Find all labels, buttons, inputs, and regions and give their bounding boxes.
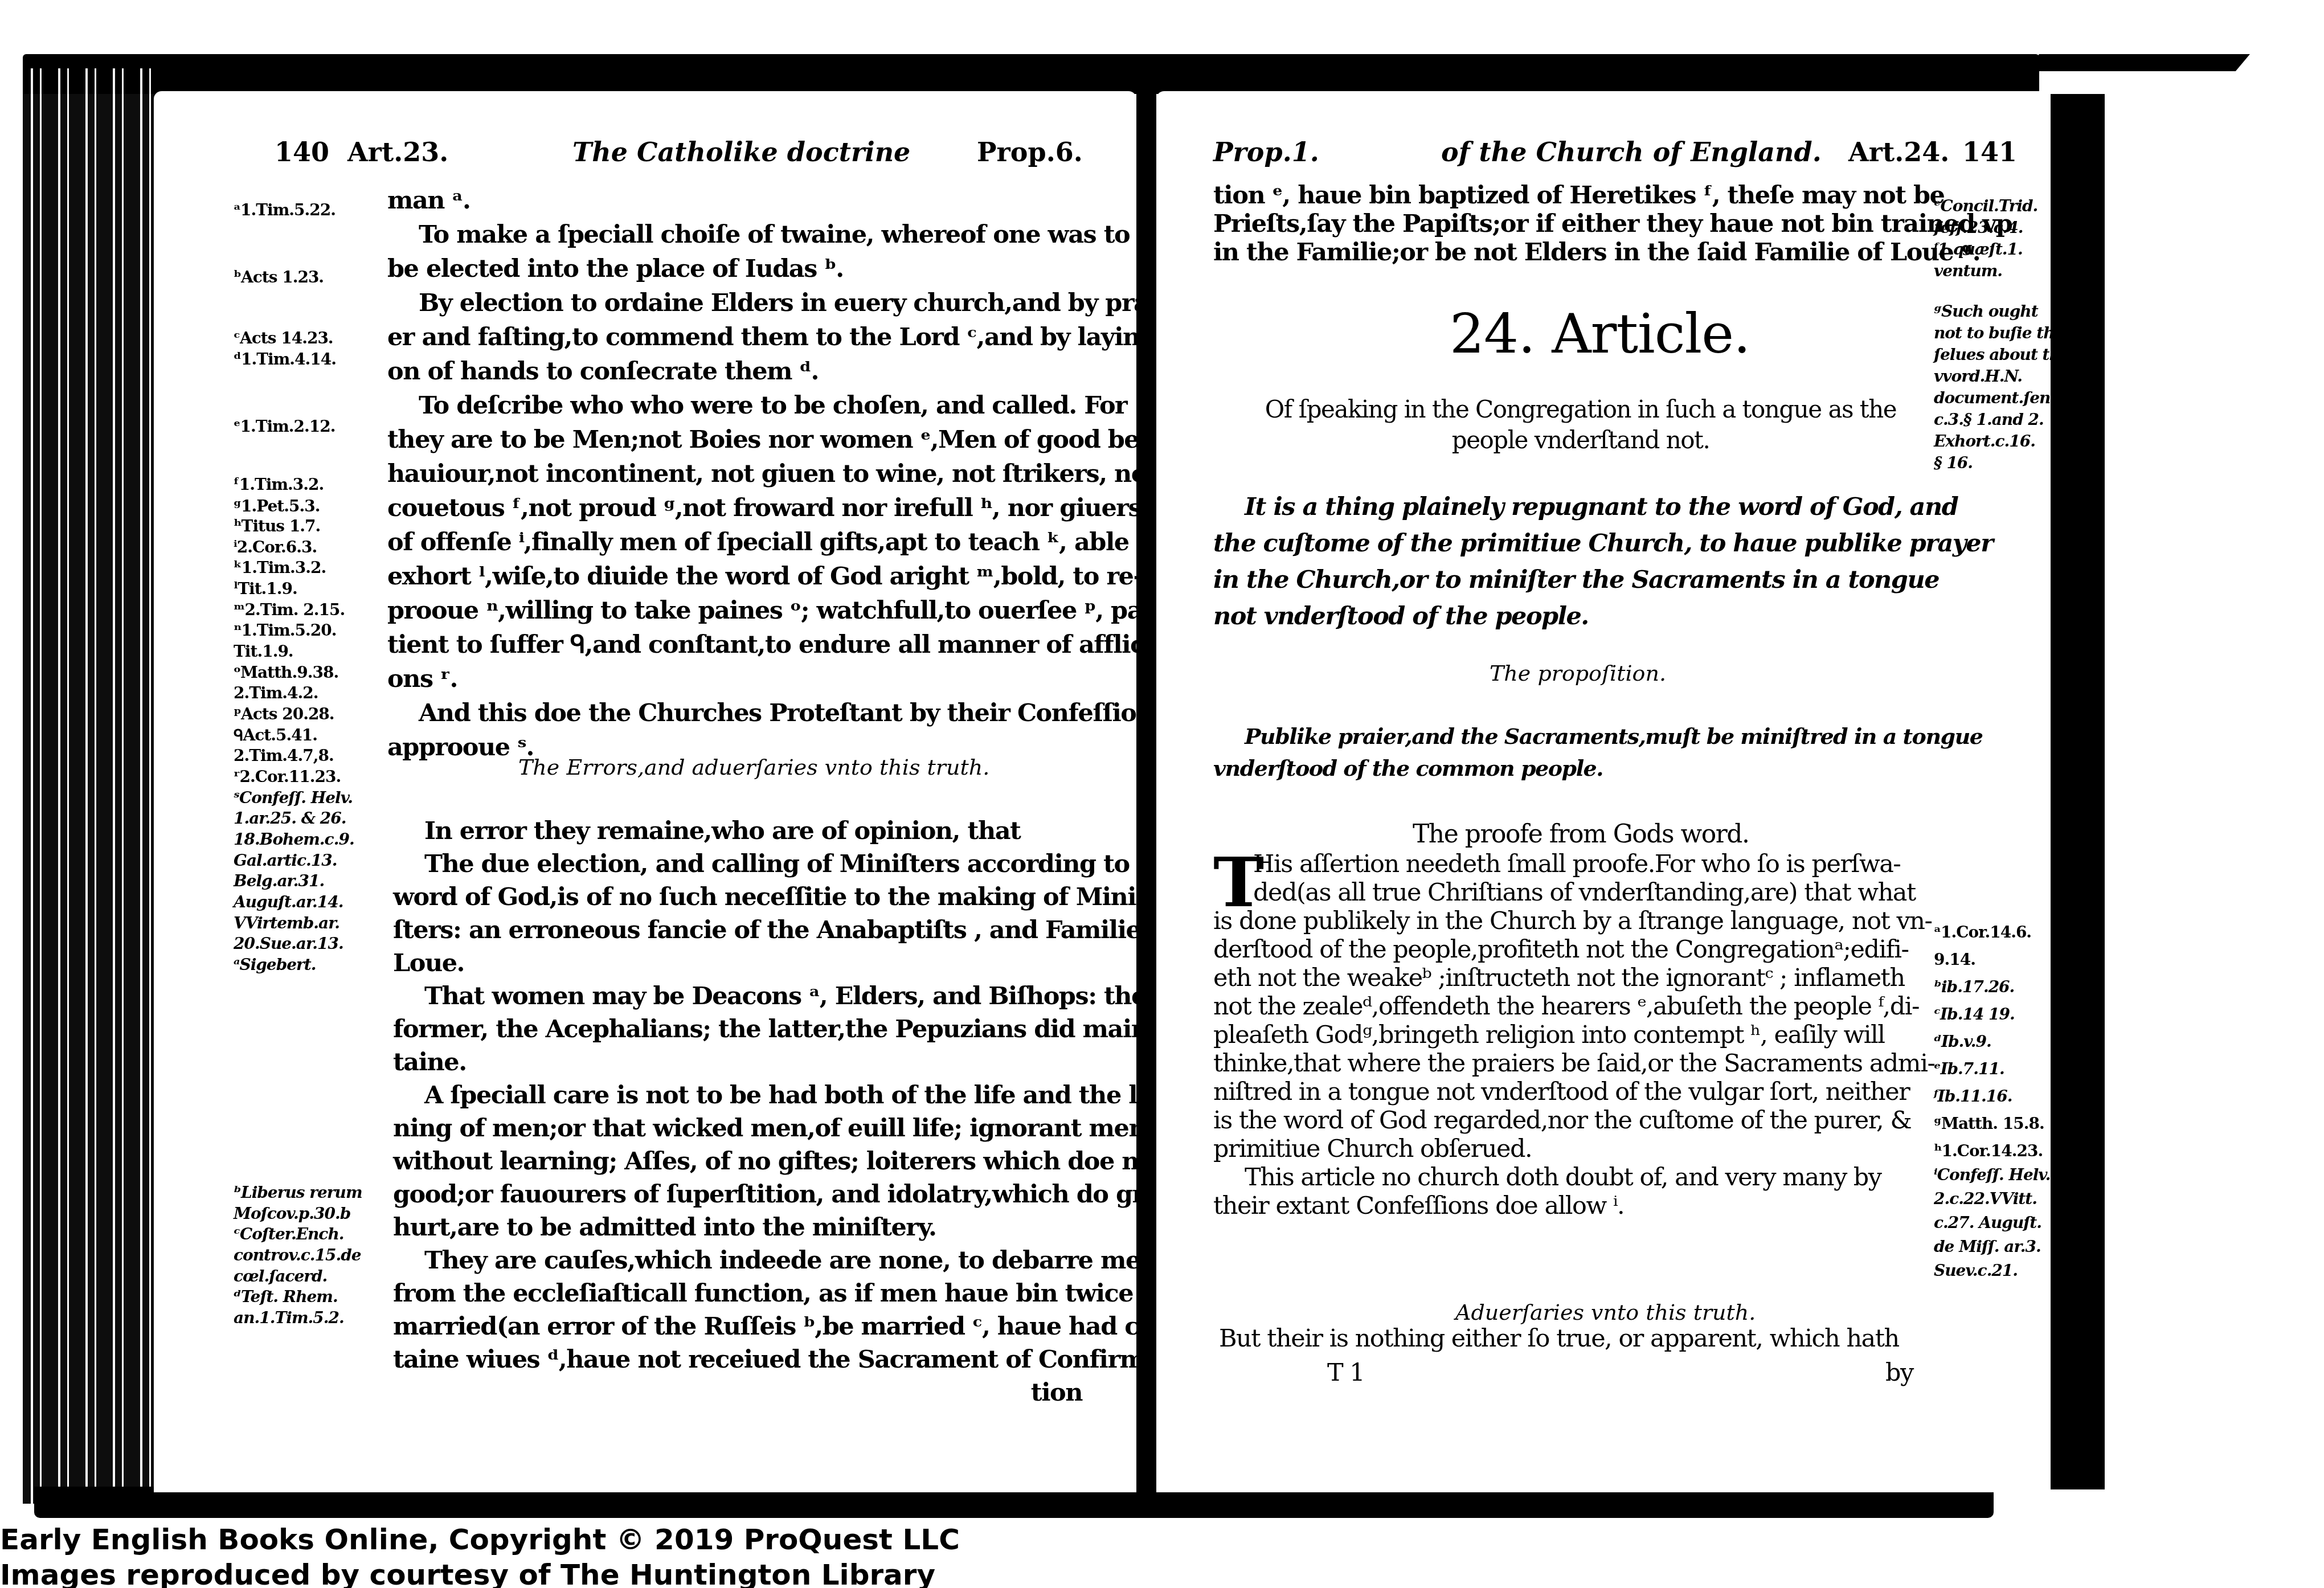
article-text: It is a thing plainely repugnant to the …: [1213, 489, 1948, 635]
text-line: derſtood of the people,profiteth not the…: [1213, 935, 1948, 964]
margin-note: ᵃ1.Cor.14.6.: [1934, 923, 2031, 942]
text-line: niſtred in a tongue not vnderſtood of th…: [1213, 1078, 1948, 1106]
proofe-text: His aſſertion needeth ſmall proofe.For w…: [1213, 850, 1948, 1220]
right-running-title: of the Church of England.: [1441, 137, 1822, 167]
text-line: Prieſts,ſay the Papiſts;or if either the…: [1213, 210, 1948, 238]
text-line: To make a ſpeciall choiſe of twaine, whe…: [387, 218, 1099, 252]
text-line: The due election, and calling of Miniſte…: [393, 848, 1105, 881]
margin-note: c.27. Auguſt.: [1934, 1213, 2041, 1233]
text-line: That women may be Deacons ᵃ, Elders, and…: [393, 980, 1105, 1013]
text-line: people vnderſtand not.: [1213, 425, 1948, 456]
text-line: good;or fauourers of ſuperſtition, and i…: [393, 1178, 1105, 1211]
text-line: word of God,is of no ſuch neceſſitie to …: [393, 881, 1105, 914]
text-line: in the Familie;or be not Elders in the ſ…: [1213, 238, 1948, 267]
margin-note: ᑫAct.5.41.: [234, 726, 317, 745]
text-line: in the Church,or to miniſter the Sacrame…: [1213, 562, 1948, 598]
signature-mark: T 1: [1327, 1356, 1364, 1390]
margin-note: controv.c.15.de: [234, 1246, 361, 1265]
text-line: not vnderſtood of the people.: [1213, 598, 1948, 635]
margin-note: ventum.: [1934, 261, 2002, 281]
text-line: is done publikely in the Church by a ſtr…: [1213, 907, 1948, 935]
margin-note: 2.Tim.4.2.: [234, 684, 318, 703]
margin-note: ᵒMatth.9.38.: [234, 663, 338, 682]
text-line: be elected into the place of Iudas ᵇ.: [387, 252, 1099, 286]
margin-note: Gal.artic.13.: [234, 851, 337, 870]
text-line: exhort ˡ,wiſe,to diuide the word of God …: [387, 559, 1099, 594]
text-line: ſters: an erroneous fancie of the Anabap…: [393, 914, 1105, 947]
footer-courtesy: Images reproduced by courtesy of The Hun…: [0, 1557, 960, 1588]
text-line: man ᵃ.: [387, 183, 1099, 218]
margin-note: 9.14.: [1934, 950, 1975, 969]
margin-note: ᵏ1.Tim.3.2.: [234, 558, 326, 578]
margin-note: ᵇActs 1.23.: [234, 268, 324, 287]
margin-note: an.1.Tim.5.2.: [234, 1308, 344, 1328]
margin-note: Tit.1.9.: [234, 642, 293, 661]
article-subtitle: Of ſpeaking in the Congregation in ſuch …: [1213, 394, 1948, 456]
text-line: without learning; Aſſes, of no giftes; l…: [393, 1145, 1105, 1178]
margin-note: ʳ2.Cor.11.23.: [234, 767, 341, 787]
margin-note: Belg.ar.31.: [234, 871, 324, 891]
margin-note: de Miſſ. ar.3.: [1934, 1237, 2041, 1257]
proofe-heading: The proofe from Gods word.: [1413, 817, 1749, 852]
margin-note: ᵃ1.Tim.5.22.: [234, 200, 335, 220]
text-line: Publike praier,and the Sacraments,muſt b…: [1213, 721, 1948, 752]
margin-note: ⁱ2.Cor.6.3.: [234, 538, 317, 557]
margin-note: ᵍ1.Pet.5.3.: [234, 497, 320, 516]
right-proposition-label: Prop.1.: [1213, 137, 1319, 167]
margin-note: ᵍMatth. 15.8.: [1934, 1114, 2044, 1133]
margin-note: ʰTitus 1.7.: [234, 517, 320, 536]
footer-copyright: Early English Books Online, Copyright © …: [0, 1522, 960, 1557]
margin-note: ᶠ1.quæſt.1.: [1934, 240, 2023, 259]
text-line: their extant Confeſſions doe allow ⁱ.: [1213, 1192, 1948, 1220]
left-body-text: man ᵃ. To make a ſpeciall choiſe of twai…: [387, 183, 1099, 764]
text-line: taine.: [393, 1046, 1105, 1079]
margin-note: ᵍSuch ought: [1934, 302, 2038, 321]
catchword: tion: [393, 1376, 1105, 1409]
right-top-text: tion ᵉ, haue bin baptized of Heretikes ᶠ…: [1213, 181, 1948, 267]
margin-note: ᶠ1.Tim.3.2.: [234, 475, 324, 494]
text-line: And this doe the Churches Proteſtant by …: [387, 696, 1099, 730]
margin-note: ᵈTeſt. Rhem.: [234, 1287, 338, 1307]
text-line: pleaſeth Godᵍ,bringeth religion into con…: [1213, 1021, 1948, 1049]
text-line: It is a thing plainely repugnant to the …: [1213, 489, 1948, 525]
text-line: vnderſtood of the common people.: [1213, 752, 1948, 784]
text-line: on of hands to conſecrate them ᵈ.: [387, 354, 1099, 388]
margin-note: § 16.: [1934, 453, 1973, 473]
book-scan: 140 Art.23. The Catholike doctrine Prop.…: [0, 0, 2324, 1515]
margin-note: 2.c.22.VVitt.: [1934, 1189, 2037, 1209]
text-line: from the eccleſiaſticall function, as if…: [393, 1277, 1105, 1310]
margin-note: vvord.H.N.: [1934, 367, 2022, 386]
text-line: In error they remaine,who are of opinion…: [393, 815, 1105, 848]
copyright-footer: Early English Books Online, Copyright © …: [0, 1522, 960, 1588]
margin-note: ᶜIb.14 19.: [1934, 1005, 2015, 1024]
right-article-label: Art.24.: [1848, 137, 1949, 167]
book-gutter: [1136, 80, 1156, 1492]
text-line: His aſſertion needeth ſmall proofe.For w…: [1213, 850, 1948, 878]
right-page: [1156, 91, 2051, 1492]
margin-note: ᶜCoſter.Ench.: [234, 1225, 344, 1244]
text-line: thinke,that where the praiers be ſaid,or…: [1213, 1049, 1948, 1078]
text-line: married(an error of the Ruſſeis ᵇ,be mar…: [393, 1310, 1105, 1343]
text-line: hurt,are to be admitted into the miniſte…: [393, 1211, 1105, 1244]
right-page-number: 141: [1962, 137, 2017, 167]
margin-note: ᶠIb.11.16.: [1934, 1087, 2012, 1106]
text-line: couetous ᶠ,not proud ᵍ,not froward nor i…: [387, 491, 1099, 525]
margin-note: ʰ1.Cor.14.23.: [1934, 1141, 2043, 1161]
margin-note: ᵈIb.v.9.: [1934, 1032, 1991, 1051]
text-line: To deſcribe who who were to be choſen, a…: [387, 388, 1099, 423]
margin-note: ˡTit.1.9.: [234, 579, 297, 599]
left-proposition-label: Prop.6.: [977, 137, 1083, 167]
margin-note: 1.ar.25. & 26.: [234, 809, 346, 828]
left-page-number: 140: [275, 137, 329, 167]
margin-note: ſelues about the: [1934, 345, 2070, 365]
margin-note: not to buſie thē-: [1934, 324, 2070, 343]
margin-note: ᵉConcil.Trid.: [1934, 197, 2037, 216]
margin-note: ᶜActs 14.23.: [234, 329, 333, 348]
text-line: prooue ⁿ,willing to take paines ᵒ; watch…: [387, 594, 1099, 628]
text-line: A ſpeciall care is not to be had both of…: [393, 1079, 1105, 1112]
margin-note: 2.Tim.4.7,8.: [234, 746, 334, 766]
text-line: is the word of God regarded,nor the cuſt…: [1213, 1106, 1948, 1135]
margin-note: ᵉ1.Tim.2.12.: [234, 417, 335, 436]
left-article-label: Art.23.: [347, 137, 448, 167]
book-top-right-edge: [2025, 54, 2250, 71]
margin-note: ˢConfeſſ. Helv.: [234, 788, 353, 808]
left-running-title: The Catholike doctrine: [572, 137, 910, 167]
text-line: they are to be Men;not Boies nor women ᵉ…: [387, 423, 1099, 457]
text-line: They are cauſes,which indeede are none, …: [393, 1244, 1105, 1277]
text-line: tient to ſuffer ᑫ,and conſtant,to endure…: [387, 628, 1099, 662]
margin-note: ⁱConfeſſ. Helv.: [1934, 1165, 2051, 1185]
text-line: eth not the weakeᵇ ;inſtructeth not the …: [1213, 964, 1948, 992]
text-line: ons ʳ.: [387, 662, 1099, 696]
text-line: the cuſtome of the primitiue Church, to …: [1213, 525, 1948, 562]
book-right-fore-edge: [2051, 94, 2105, 1489]
proposition-heading: The propoſition.: [1490, 661, 1666, 686]
margin-note: Moſcov.p.30.b: [234, 1204, 350, 1223]
margin-note: ᵉIb.7.11.: [1934, 1059, 2004, 1079]
margin-note: ⁿ1.Tim.5.20.: [234, 621, 337, 640]
adversaries-text: But their is nothing either ſo true, or …: [1219, 1321, 1899, 1356]
margin-note: document.ſent.: [1934, 388, 2062, 408]
catchword: by: [1885, 1356, 1913, 1390]
book-left-fore-edge: [23, 68, 159, 1504]
margin-note: cœl.ſacerd.: [234, 1267, 327, 1286]
text-line: ded(as all true Chriſtians of vnderſtand…: [1213, 878, 1948, 907]
margin-note: ᵇib.17.26.: [1934, 977, 2014, 997]
text-line: not the zealeᵈ,offendeth the hearers ᵉ,a…: [1213, 992, 1948, 1021]
margin-note: c.3.§ 1.and 2.: [1934, 410, 2044, 429]
article-title: 24. Article.: [1450, 302, 1750, 366]
margin-note: ᵃSigebert.: [234, 955, 316, 975]
text-line: former, the Acephalians; the latter,the …: [393, 1013, 1105, 1046]
text-line: tion ᵉ, haue bin baptized of Heretikes ᶠ…: [1213, 181, 1948, 210]
text-line: hauiour,not incontinent, not giuen to wi…: [387, 457, 1099, 491]
proposition-text: Publike praier,and the Sacraments,muſt b…: [1213, 721, 1948, 784]
text-line: Loue.: [393, 947, 1105, 980]
left-errors-text: In error they remaine,who are of opinion…: [393, 815, 1105, 1409]
margin-note: 20.Sue.ar.13.: [234, 934, 343, 953]
margin-note: Exhort.c.16.: [1934, 432, 2035, 451]
margin-note: 18.Bohem.c.9.: [234, 830, 354, 849]
text-line: This article no church doth doubt of, an…: [1213, 1163, 1948, 1192]
text-line: of offenſe ⁱ,finally men of ſpeciall gif…: [387, 525, 1099, 559]
margin-note: ſeſſ.23.c.4.: [1934, 218, 2023, 238]
margin-note: VVirtemb.ar.: [234, 914, 339, 933]
margin-note: ᵈ1.Tim.4.14.: [234, 350, 336, 369]
text-line: ning of men;or that wicked men,of euill …: [393, 1112, 1105, 1145]
text-line: taine wiues ᵈ,haue not receiued the Sacr…: [393, 1343, 1105, 1376]
left-section-heading: The Errors,and aduerſaries vnto this tru…: [518, 755, 989, 780]
text-line: er and faſting,to commend them to the Lo…: [387, 320, 1099, 354]
margin-note: Auguſt.ar.14.: [234, 893, 343, 912]
book-top-edge: [23, 54, 2039, 94]
text-line: By election to ordaine Elders in euery c…: [387, 286, 1099, 320]
margin-note: ᵇLiberus rerum: [234, 1183, 362, 1202]
text-line: primitiue Church obſerued.: [1213, 1135, 1948, 1163]
text-line: Of ſpeaking in the Congregation in ſuch …: [1213, 394, 1948, 425]
margin-note: Suev.c.21.: [1934, 1261, 2018, 1280]
margin-note: ᵐ2.Tim. 2.15.: [234, 600, 345, 620]
margin-note: ᵖActs 20.28.: [234, 705, 334, 724]
